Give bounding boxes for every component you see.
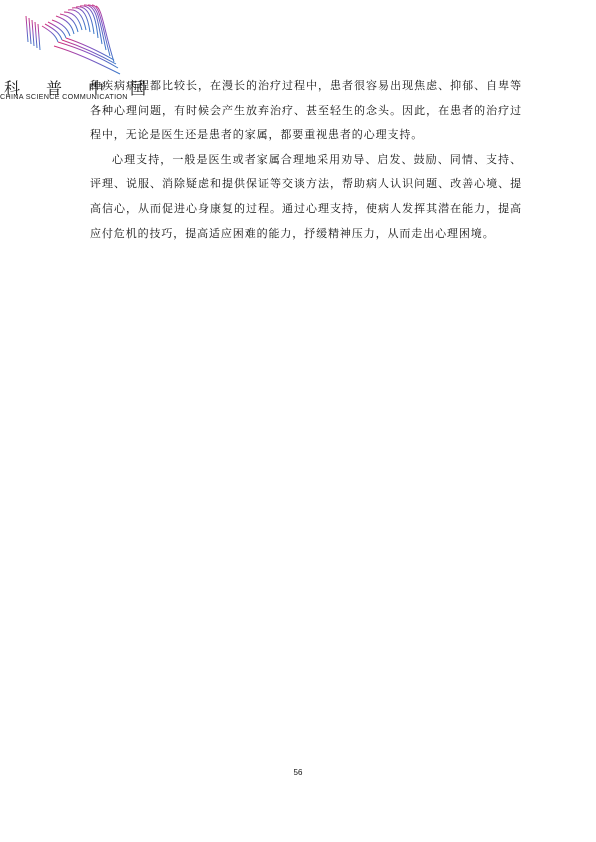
logo-wave-graphic (18, 2, 138, 82)
paragraph: 心理支持，一般是医生或者家属合理地采用劝导、启发、鼓励、同情、支持、评理、说服、… (90, 148, 522, 246)
paragraph: 种疾病病程都比较长，在漫长的治疗过程中，患者很容易出现焦虑、抑郁、自卑等各种心理… (90, 74, 522, 148)
page-number: 56 (0, 768, 596, 777)
document-body: 种疾病病程都比较长，在漫长的治疗过程中，患者很容易出现焦虑、抑郁、自卑等各种心理… (90, 74, 522, 246)
